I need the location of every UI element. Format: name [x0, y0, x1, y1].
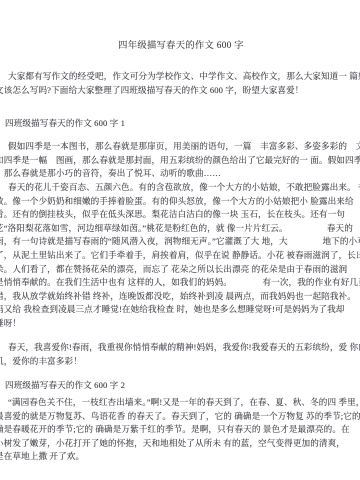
text-line: 错，我从放学就始终补错 终补，连晚饭都没吃，始终补到凌 晨两点，而我妈妈也一起陪…	[0, 290, 360, 304]
page-canvas: 四年级描写春天的作文 600 字 大家都有写作文的经受吧，作文可分为学校作文、中…	[0, 0, 360, 480]
essay-1-paragraph-3: 春天，我喜爱你!春雨，我重视你悄悄奉献的精神!妈妈，我爱你!我爱春天的五彩缤纷，…	[0, 341, 360, 368]
text-line: 看。还有的倒挂枝头，似乎在低头深思。梨花洁白洁白的像一块 玉石，长在枝头。还有一…	[0, 208, 360, 222]
intro-paragraph: 大家都有写作文的经受吧，作文可分为学校作文、中学作文、高校作文，那么大家知道一 …	[0, 70, 360, 97]
text-line: 大家都有写作文的经受吧，作文可分为学校作文、中学作文、高校作文，那么大家知道一 …	[0, 70, 360, 84]
document-page: 四年级描写春天的作文 600 字 大家都有写作文的经受吧，作文可分为学校作文、中…	[0, 0, 360, 480]
text-line: 睡呀！	[0, 317, 360, 331]
essay-1-paragraph-2: 春天的花儿千姿百态、五颜六色。有的含苞欲放，像一个大方的小姑娘，不敢把脸露出来。…	[0, 181, 360, 331]
text-line: 最喜爱的就是万物复苏、鸟语花香 的春天了。春天到了，它的 确确是一个万物复 苏的…	[0, 410, 360, 424]
text-line: 朵。人们看了，都在赞扬花朵的漂亮，而忘了 花朵之所以长出漂亮 的花朵是由于春雨的…	[0, 263, 360, 277]
essay-1-paragraph-1: 假如四季是一本图书，那么春就是那扉页，用美丽的语句，一篇 丰富多彩、多姿多彩的 …	[0, 140, 360, 181]
text-line: 文该怎么写吗?下面给大家整理了四班级描写春天的作文 600 字，盼望大家喜爱！	[0, 84, 360, 98]
text-line: 妈又给 我检查到凌晨三点才睡觉!在她给我检查 时，她也是多么想睡觉呀!可是妈妈为…	[0, 303, 360, 317]
text-line: 了，从泥土里钻出来了。它们手牵着手，肩挨着肩，似乎在说 静静话。小花 被春雨滋润…	[0, 249, 360, 263]
text-line: 雨，有一句诗就是描写春雨的“随风潜入夜，润物细无声。”它灌溉了大 地，大 地下的…	[0, 235, 360, 249]
essay-1-heading: 四班级描写春天的作文 600 字 1	[0, 117, 360, 129]
text-line: 是悄悄奉献的。在我们生活中也有 这样的人，如我们的妈妈。 有一次，我的作业有好几…	[0, 276, 360, 290]
text-line: 确是春暖花开的季节;它的 确确是万紫千红的季节。是啊，只有春天的 景色才是最漂亮…	[0, 423, 360, 437]
text-line: 小树发了嫩芽，小花打开了她的怀抱，天和地相处了从所未 有的蓝，空气变得更加的清爽…	[0, 437, 360, 451]
text-line: 如四季是一幅 图画，那么春就是那封面，用五彩缤纷的颜色给出了它最完好的一 面。假…	[0, 154, 360, 168]
text-line: 是在草地上撒 开了欢。	[0, 450, 360, 464]
text-line: 假如四季是一本图书，那么春就是那扉页，用美丽的语句，一篇 丰富多彩、多姿多彩的 …	[0, 140, 360, 154]
text-line: ，那么春就是那小巧的音符，奏出了悦耳、动听的歌曲……	[0, 167, 360, 181]
document-title: 四年级描写春天的作文 600 字	[0, 37, 360, 51]
text-line: 春天，我喜爱你!春雨，我重视你悄悄奉献的精神!妈妈，我爱你!我爱春天的五彩缤纷，…	[0, 341, 360, 355]
essay-2-paragraph-1: “满园春色关不住，一枝红杏出墙来。”啊!又是一年的春天到了，在春、夏、秋、冬的四…	[0, 396, 360, 464]
text-line: “满园春色关不住，一枝红杏出墙来。”啊!又是一年的春天到了，在春、夏、秋、冬的四…	[0, 396, 360, 410]
text-line: 机，爱你的丰富多彩！	[0, 355, 360, 369]
text-line: 春天的花儿千姿百态、五颜六色。有的含苞欲放，像一个大方的小姑娘，不敢把脸露出来。…	[0, 181, 360, 195]
text-line: 放。像一个少奶奶和细嫩的手捧着脸蛋。有的仰头怒放，像一个大方的小姑娘把小 脸露出…	[0, 195, 360, 209]
text-line: 花“洛阳梨花落如雪，河边细草绿如茵。”桃花是粉红色的，就 像一片片红云。 春天的	[0, 222, 360, 236]
essay-2-heading: 四班级描写春天的作文 600 字 2	[0, 379, 360, 391]
